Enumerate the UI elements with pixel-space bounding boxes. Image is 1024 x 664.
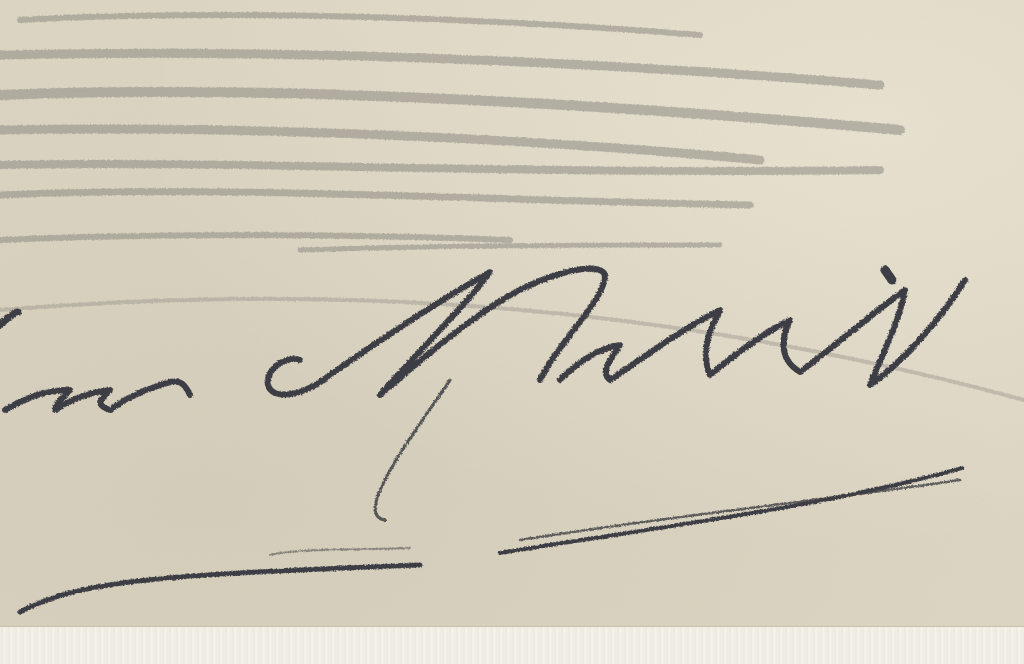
- mount-board-edge: [0, 626, 1024, 664]
- pencil-drawing: [0, 0, 1024, 626]
- drawing-paper: son Maris: [0, 0, 1024, 626]
